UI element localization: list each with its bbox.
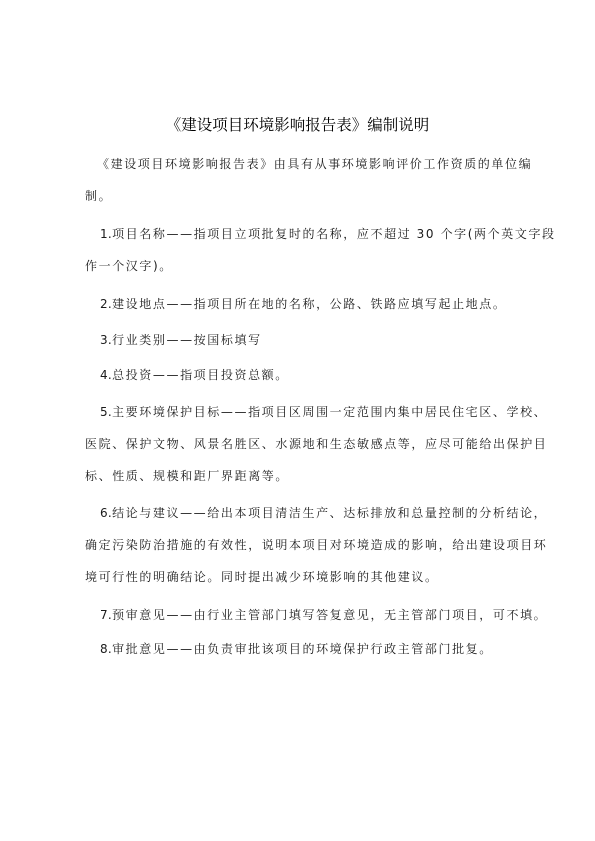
paragraph-line: 2.建设地点——指项目所在地的名称，公路、铁路应填写起止地点。 (100, 296, 506, 312)
paragraph-line: 作一个汉字)。 (85, 258, 173, 274)
item-number: 7. (100, 608, 112, 622)
item-text: 总投资——指项目投资总额。 (112, 368, 289, 382)
item-number: 5. (100, 405, 112, 419)
paragraph-line: 8.审批意见——由负责审批该项目的环境保护行政主管部门批复。 (100, 641, 493, 657)
item-number: 1. (100, 227, 112, 241)
item-text: 主要环境保护目标——指项目区周围一定范围内集中居民住宅区、学校、 (112, 405, 547, 419)
item-number: 8. (100, 642, 112, 656)
paragraph-line: 1.项目名称——指项目立项批复时的名称，应不超过 30 个字(两个英文字段 (100, 226, 556, 242)
item-text: 审批意见——由负责审批该项目的环境保护行政主管部门批复。 (112, 642, 493, 656)
item-text: 行业类别——按国标填写 (112, 333, 262, 347)
paragraph-line: 3.行业类别——按国标填写 (100, 332, 262, 348)
item-number: 3. (100, 333, 112, 347)
item-number: 2. (100, 297, 112, 311)
paragraph-line: 确定污染防治措施的有效性，说明本项目对环境造成的影响，给出建设项目环 (85, 537, 547, 553)
document-title: 《建设项目环境影响报告表》编制说明 (0, 114, 595, 136)
paragraph-line: 医院、保护文物、风景名胜区、水源地和生态敏感点等，应尽可能给出保护目 (85, 436, 547, 452)
item-number: 6. (100, 506, 112, 520)
paragraph-line: 制。 (85, 188, 112, 204)
paragraph-line: 6.结论与建议——给出本项目清洁生产、达标排放和总量控制的分析结论， (100, 505, 547, 521)
paragraph-line: 4.总投资——指项目投资总额。 (100, 367, 289, 383)
document-page: 《建设项目环境影响报告表》编制说明 《建设项目环境影响报告表》由具有从事环境影响… (0, 0, 595, 841)
paragraph-line: 标、性质、规模和距厂界距离等。 (85, 468, 289, 484)
item-text: 预审意见——由行业主管部门填写答复意见，无主管部门项目，可不填。 (112, 608, 547, 622)
paragraph-line: 境可行性的明确结论。同时提出减少环境影响的其他建议。 (85, 569, 439, 585)
paragraph-line: 《建设项目环境影响报告表》由具有从事环境影响评价工作资质的单位编 (97, 156, 532, 172)
paragraph-line: 7.预审意见——由行业主管部门填写答复意见，无主管部门项目，可不填。 (100, 607, 547, 623)
item-text: 建设地点——指项目所在地的名称，公路、铁路应填写起止地点。 (112, 297, 506, 311)
item-text: 项目名称——指项目立项批复时的名称，应不超过 30 个字(两个英文字段 (112, 227, 556, 241)
item-text: 结论与建议——给出本项目清洁生产、达标排放和总量控制的分析结论， (112, 506, 547, 520)
paragraph-line: 5.主要环境保护目标——指项目区周围一定范围内集中居民住宅区、学校、 (100, 404, 547, 420)
item-number: 4. (100, 368, 112, 382)
